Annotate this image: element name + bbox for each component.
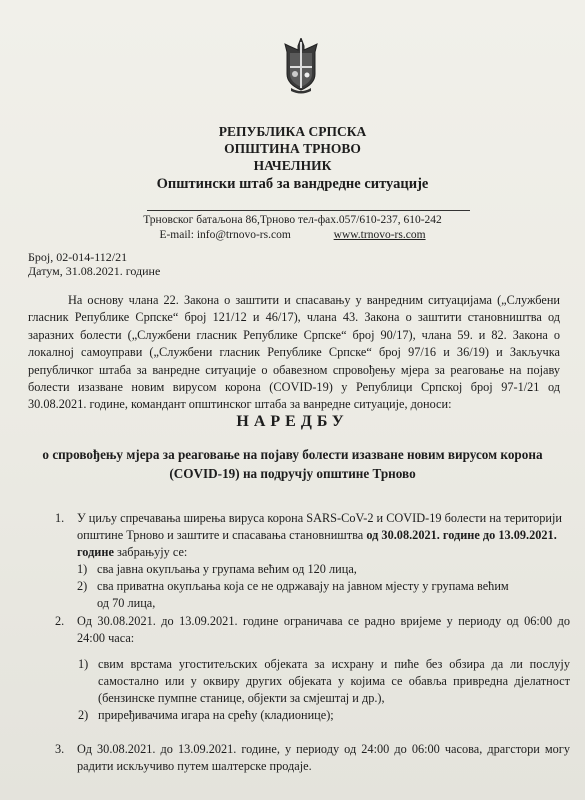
- sub-item: 1) свим врстама угоститељских објеката з…: [78, 656, 570, 707]
- document-date: Датум, 31.08.2021. године: [28, 264, 160, 279]
- item-text: У циљу спречавања ширења вируса корона S…: [77, 510, 567, 561]
- item-number: 2.: [55, 613, 64, 630]
- sub-item-number: 1): [77, 561, 87, 578]
- item-number: 3.: [55, 741, 64, 758]
- office-heading: НАЧЕЛНИК: [0, 158, 585, 174]
- republic-heading: РЕПУБЛИКА СРПСКА: [0, 124, 585, 140]
- document-page: РЕПУБЛИКА СРПСКА ОПШТИНА ТРНОВО НАЧЕЛНИК…: [0, 0, 585, 800]
- coat-of-arms-icon: [283, 38, 319, 94]
- order-item-2: 2. Од 30.08.2021. до 13.09.2021. године …: [55, 613, 570, 647]
- sub-item-text: сва јавна окупљања у групама већим од 12…: [97, 561, 570, 578]
- item-text: Од 30.08.2021. до 13.09.2021. године, у …: [77, 741, 570, 775]
- item-sublist: 1) сва јавна окупљања у групама већим од…: [77, 561, 570, 612]
- email-text: E-mail: info@trnovo-rs.com: [159, 229, 290, 241]
- sub-item-number: 1): [78, 656, 88, 673]
- website-link[interactable]: www.trnovo-rs.com: [334, 229, 426, 241]
- sub-item: 1) сва јавна окупљања у групама већим од…: [77, 561, 570, 578]
- item-sublist: 1) свим врстама угоститељских објеката з…: [78, 656, 570, 724]
- item-text-part: забрањују се:: [114, 545, 187, 559]
- sub-item-text: сва приватна окупљања која се не одржава…: [97, 578, 517, 612]
- order-item-1: 1. У циљу спречавања ширења вируса корон…: [55, 510, 570, 612]
- municipality-heading: ОПШТИНА ТРНОВО: [0, 141, 585, 157]
- staff-heading: Општински штаб за вандредне ситуације: [0, 176, 585, 193]
- order-title: НАРЕДБУ: [0, 413, 585, 431]
- document-number: Број, 02-014-112/21: [28, 250, 127, 265]
- sub-item-text: свим врстама угоститељских објеката за и…: [98, 656, 570, 707]
- order-subtitle: о спровођењу мјера за реаговање на појав…: [20, 445, 565, 483]
- item-number: 1.: [55, 510, 64, 527]
- preamble-paragraph: На основу члана 22. Закона о заштити и с…: [28, 292, 560, 414]
- sub-item: 2) сва приватна окупљања која се не одрж…: [77, 578, 570, 612]
- sub-item-number: 2): [78, 707, 88, 724]
- sub-item-number: 2): [77, 578, 87, 595]
- sub-item: 2) приређивачима игара на срећу (кладион…: [78, 707, 570, 724]
- item-text: Од 30.08.2021. до 13.09.2021. године огр…: [77, 613, 570, 647]
- sub-item-text: приређивачима игара на срећу (кладионице…: [98, 707, 570, 724]
- contact-line: E-mail: info@trnovo-rs.com www.trnovo-rs…: [0, 229, 585, 241]
- address-line: Трновског батаљона 86,Трново тел-фах.057…: [0, 214, 585, 226]
- order-item-3: 3. Од 30.08.2021. до 13.09.2021. године,…: [55, 741, 570, 775]
- header-divider: [147, 210, 470, 211]
